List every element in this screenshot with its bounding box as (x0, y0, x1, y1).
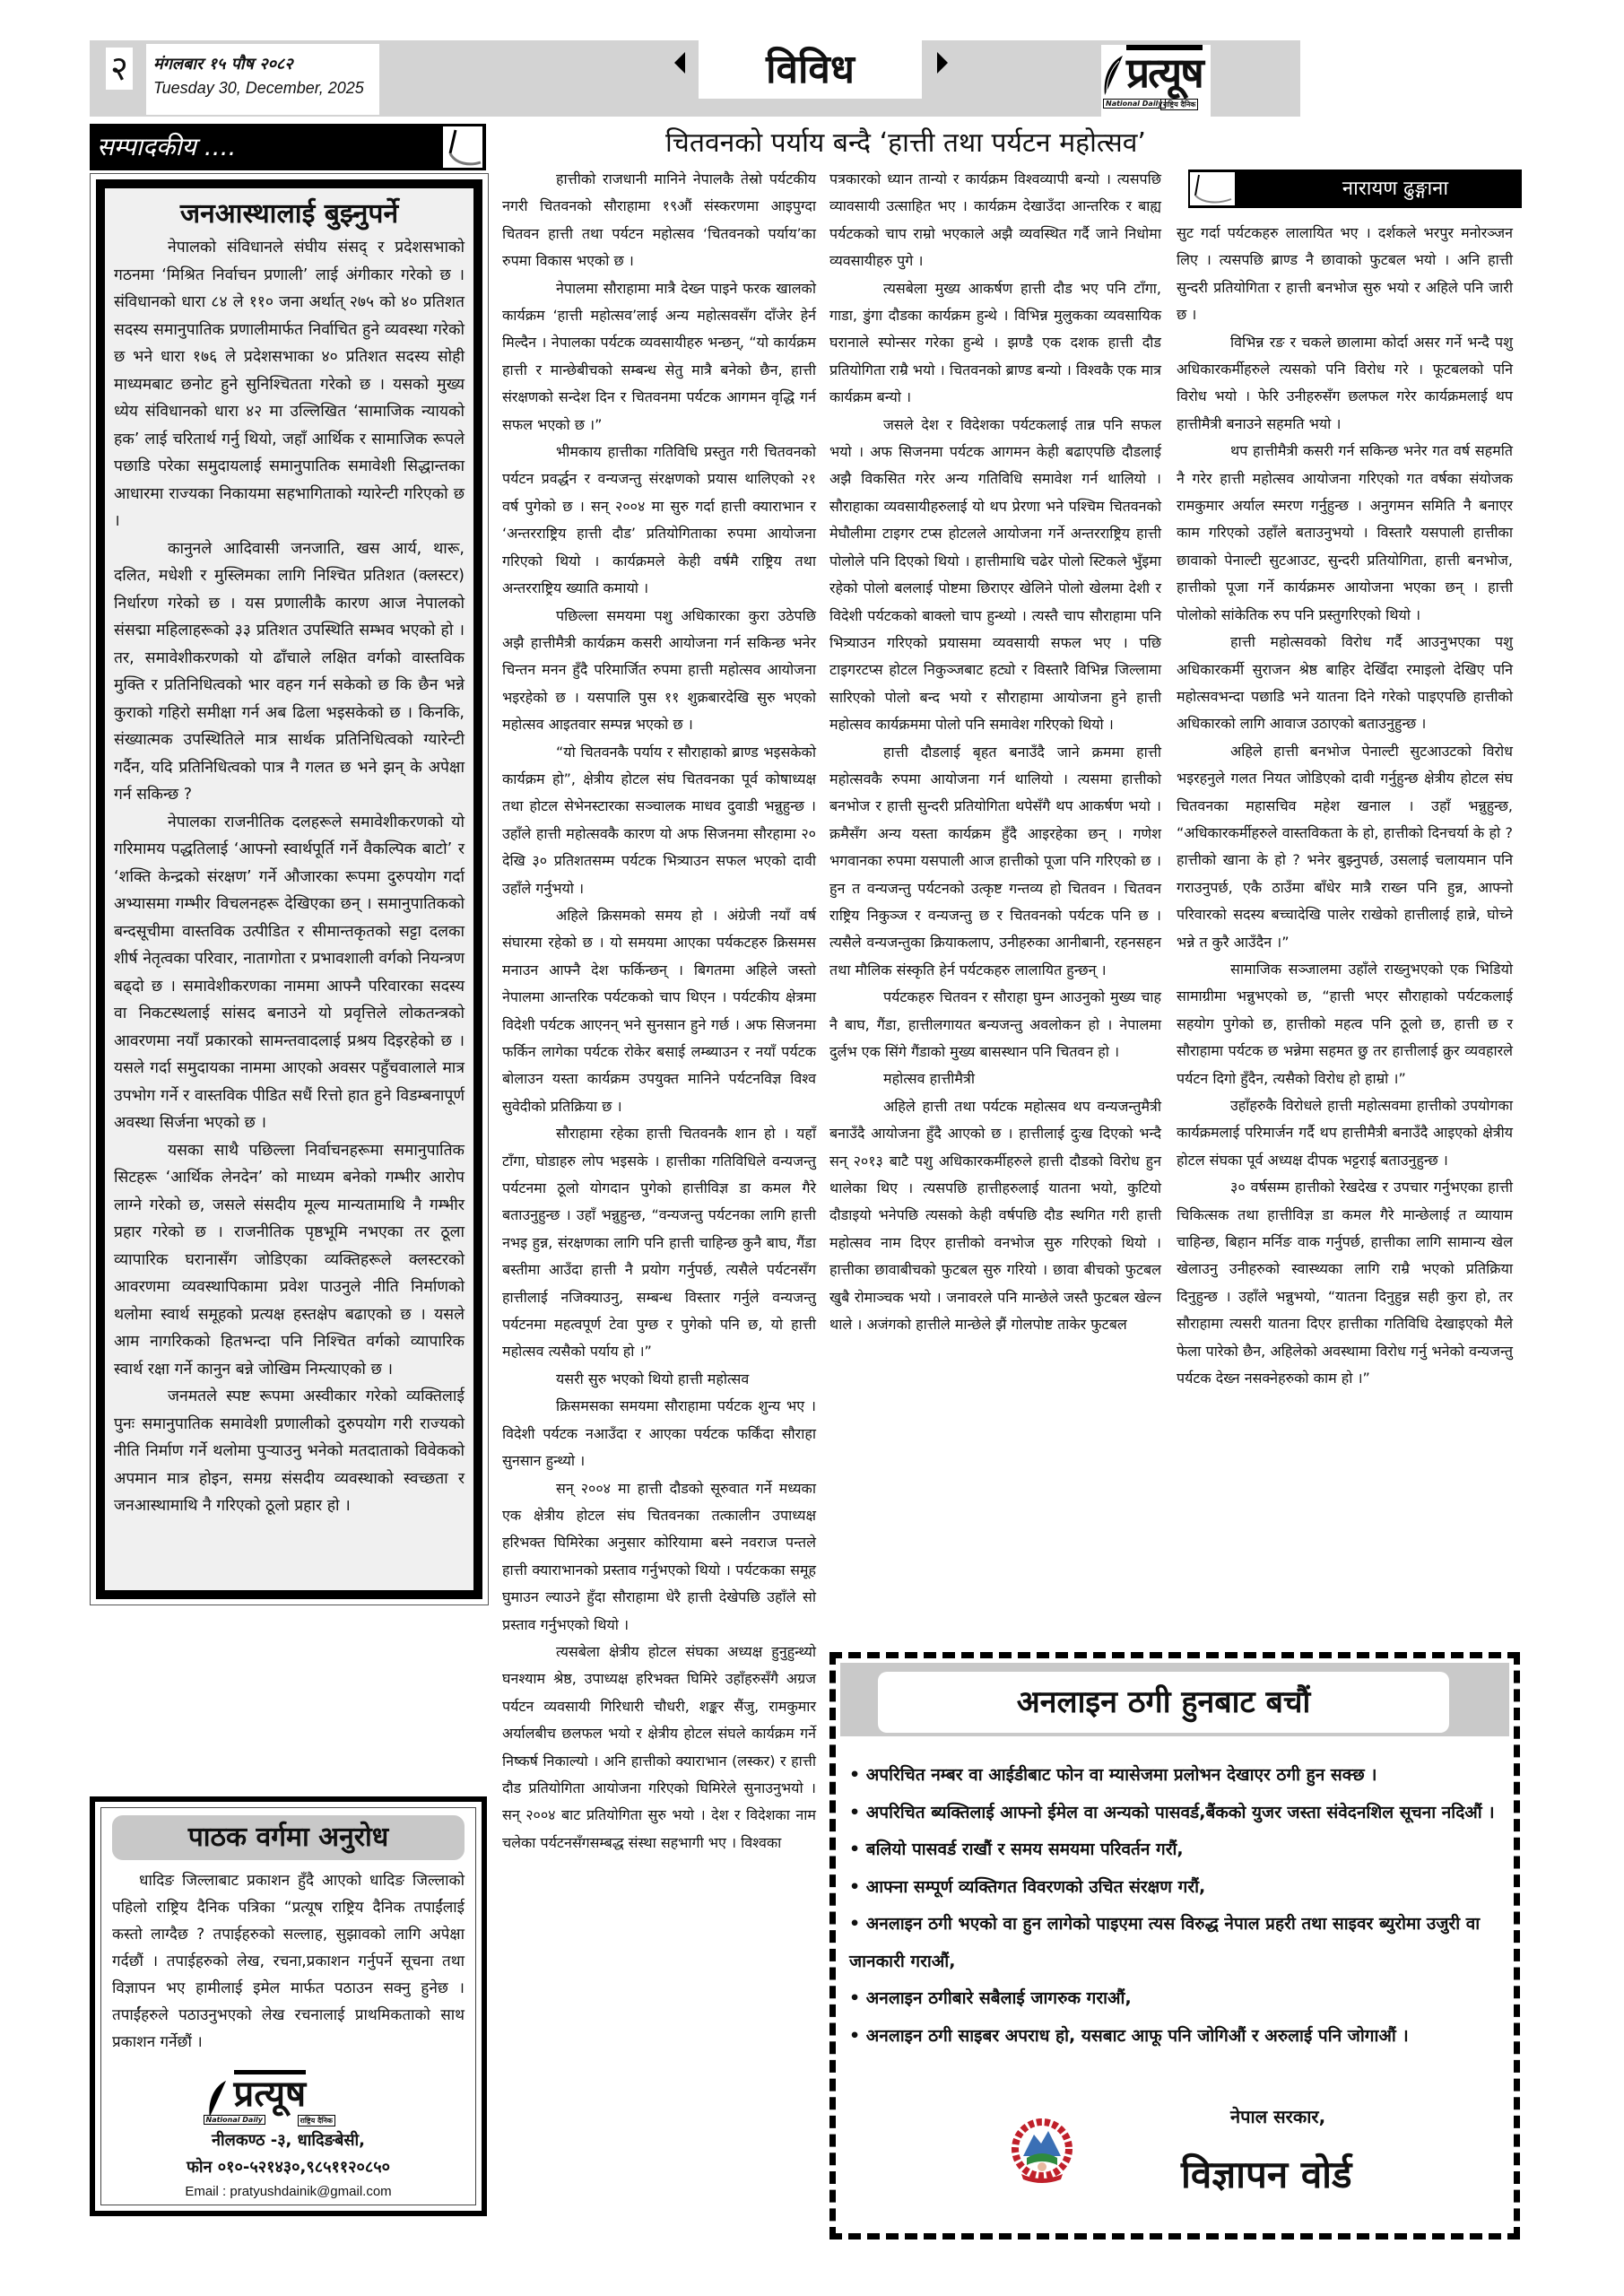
logo-tag-nepali: राष्ट्रिय दैनिक (1160, 99, 1198, 110)
ad-list-item: • आफ्ना सम्पूर्ण व्यक्तिगत विवरणको उचित … (849, 1869, 1496, 1907)
article-paragraph: विभिन्न रङ र चकले छालामा कोर्दा असर गर्न… (1177, 329, 1513, 439)
editorial-title: जनआस्थालाई बुझ्नुपर्ने (105, 194, 473, 230)
ad-list-item: • अनलाइन ठगीबारे सबैलाई जागरुक गराऔं, (849, 1980, 1496, 2018)
article-paragraph: भीमकाय हात्तीका गतिविधि प्रस्तुत गरी चित… (502, 439, 816, 602)
article-subheading: महोत्सव हात्तीमैत्री (829, 1065, 1161, 1092)
editorial-paragraph: यसका साथै पछिल्ला निर्वाचनहरूमा समानुपात… (114, 1137, 465, 1384)
ad-title: अनलाइन ठगी हुनबाट बचौं (878, 1672, 1449, 1733)
article-paragraph: थप हात्तीमैत्री कसरी गर्न सकिन्छ भनेर गत… (1177, 438, 1513, 629)
reader-request-box: पाठक वर्गमा अनुरोध धादिङ जिल्लाबाट प्रका… (90, 1796, 487, 2216)
article-paragraph: सौराहामा रहेका हात्ती चितवनकै शान हो । य… (502, 1120, 816, 1366)
article-paragraph: त्यसबेला मुख्य आकर्षण हात्ती दौड भए पनि … (829, 275, 1161, 412)
article-paragraph: ३० वर्षसम्म हात्तीको रेखदेख र उपचार गर्न… (1177, 1174, 1513, 1392)
editorial-box: जनआस्थालाई बुझ्नुपर्ने नेपालको संविधानले… (90, 173, 489, 1605)
pen-icon (1190, 172, 1235, 205)
article-paragraph: अहिले क्रिसमको समय हो । अंग्रेजी नयाँ वर… (502, 902, 816, 1120)
article-paragraph: उहाँहरुकै विरोधले हात्ती महोत्सवमा हात्त… (1177, 1092, 1513, 1174)
editorial-label: सम्पादकीय .... (97, 129, 236, 163)
logo-name: प्रत्यूष (234, 2070, 307, 2114)
editorial-header: सम्पादकीय .... (90, 124, 486, 170)
reader-request-title: पाठक वर्गमा अनुरोध (112, 1815, 465, 1860)
article-paragraph: पर्यटकहरु चितवन र सौराहा घुम्न आउनुको मु… (829, 984, 1161, 1065)
author-name: नारायण ढुङ्गाना (1269, 170, 1522, 208)
email-link[interactable]: Email : pratyushdainik@gmail.com (101, 2181, 475, 2203)
article-paragraph: सन् २००४ मा हात्ती दौडको सूरुवात गर्ने म… (502, 1475, 816, 1639)
feather-icon (1101, 54, 1125, 97)
article-paragraph: हात्ती दौडलाई बृहत बनाउँदै जाने क्रममा ह… (829, 739, 1161, 985)
logo-name: प्रत्यूष (1126, 45, 1203, 95)
ad-signature-line2: विज्ञापन वोर्ड (1181, 2148, 1352, 2199)
article-paragraph: हात्तीको राजधानी मानिने नेपालकै तेस्रो प… (502, 166, 816, 275)
logo-tag-english: National Daily (1103, 99, 1166, 109)
article-paragraph: क्रिसमसका समयमा सौराहामा पर्यटक शुन्य भए… (502, 1393, 816, 1474)
reader-request-text: धादिङ जिल्लाबाट प्रकाशन हुँदै आएको धादिङ… (112, 1867, 465, 2056)
pen-icon (443, 126, 482, 168)
date-english: Tuesday 30, December, 2025 (153, 76, 372, 100)
editorial-paragraph: जनमतले स्पष्ट रूपमा अस्वीकार गरेको व्यक्… (114, 1383, 465, 1520)
ad-list-item: • बलियो पासवर्ड राखौं र समय समयमा परिवर्… (849, 1831, 1496, 1869)
article-column-3: सुट गर्दा पर्यटकहरु लालायित भए । दर्शकले… (1177, 220, 1513, 1392)
article-paragraph: नेपालमा सौराहामा मात्रै देख्न पाइने फरक … (502, 275, 816, 439)
article-paragraph: सामाजिक सञ्जालमा उहाँले राख्नुभएको एक भि… (1177, 956, 1513, 1092)
editorial-paragraph: नेपालका राजनीतिक दलहरूले समावेशीकरणको यो… (114, 809, 465, 1137)
article-column-2: पत्रकारको ध्यान तान्यो र कार्यक्रम विश्व… (829, 166, 1161, 1338)
article-subheading: यसरी सुरु भएको थियो हात्ती महोत्सव (502, 1366, 816, 1393)
article-paragraph: सुट गर्दा पर्यटकहरु लालायित भए । दर्शकले… (1177, 220, 1513, 329)
article-paragraph: अहिले हात्ती बनभोज पेनाल्टी सुटआउटको विर… (1177, 738, 1513, 956)
ad-title-band: अनलाइन ठगी हुनबाट बचौं (840, 1663, 1509, 1736)
article-paragraph: पछिल्ला समयमा पशु अधिकारका कुरा उठेपछि अ… (502, 603, 816, 739)
reader-request-body: धादिङ जिल्लाबाट प्रकाशन हुँदै आएको धादिङ… (101, 1867, 475, 2056)
article-paragraph: हात्ती महोत्सवको विरोध गर्दै आउनुभएका पश… (1177, 629, 1513, 738)
nepal-emblem-icon (1011, 2113, 1073, 2185)
editorial-body: नेपालको संविधानले संघीय संसद् र प्रदेशसभ… (105, 234, 473, 1520)
ad-list-item: • अपरिचित नम्बर वा आईडीबाट फोन वा म्यासे… (849, 1757, 1496, 1795)
article-paragraph: त्यसबेला क्षेत्रीय होटल संघका अध्यक्ष हु… (502, 1639, 816, 1857)
ad-list-item: • अनलाइन ठगी साइबर अपराध हो, यसबाट आफू प… (849, 2018, 1496, 2056)
editorial-paragraph: कानुनले आदिवासी जनजाति, खस आर्य, थारू, द… (114, 535, 465, 809)
reader-request-logo: प्रत्यूष National Daily राष्ट्रिय दैनिक (204, 2075, 374, 2127)
article-paragraph: “यो चितवनकै पर्याय र सौराहाको ब्राण्ड भइ… (502, 739, 816, 902)
ad-signature-line1: नेपाल सरकार, (1230, 2104, 1325, 2128)
ad-list: • अपरिचित नम्बर वा आईडीबाट फोन वा म्यासे… (849, 1757, 1496, 2055)
article-column-1: हात्तीको राजधानी मानिने नेपालकै तेस्रो प… (502, 166, 816, 1857)
article-paragraph: जसले देश र विदेशका पर्यटकलाई तान्न पनि स… (829, 412, 1161, 739)
newspaper-logo: प्रत्यूष National Daily राष्ट्रिय दैनिक (1101, 45, 1211, 117)
date-nepali: मंगलबार १५ पौष २०८२ (153, 53, 372, 76)
logo-tag-nepali: राष्ट्रिय दैनिक (298, 2115, 335, 2126)
section-title: विविध (699, 40, 922, 99)
feather-icon (204, 2079, 230, 2118)
logo-tag-english: National Daily (204, 2115, 266, 2125)
page-number: २ (106, 48, 133, 90)
byline-box: नारायण ढुङ्गाना (1188, 170, 1522, 208)
article-paragraph: अहिले हात्ती तथा पर्यटक महोत्सव थप वन्यज… (829, 1093, 1161, 1339)
triangle-left-icon (674, 52, 685, 74)
ad-list-item: • अनलाइन ठगी भएको वा हुन लागेको पाइएमा त… (849, 1906, 1496, 1980)
article-paragraph: पत्रकारको ध्यान तान्यो र कार्यक्रम विश्व… (829, 166, 1161, 275)
date-box: मंगलबार १५ पौष २०८२ Tuesday 30, December… (146, 44, 379, 115)
article-headline: चितवनको पर्याय बन्दै ‘हात्ती तथा पर्यटन … (502, 126, 1309, 161)
phone: फोन ०१०-५२१४३०,९८५११२०८५० (101, 2154, 475, 2181)
editorial-paragraph: नेपालको संविधानले संघीय संसद् र प्रदेशसभ… (114, 234, 465, 535)
ad-list-item: • अपरिचित ब्यक्तिलाई आफ्नो ईमेल वा अन्यक… (849, 1795, 1496, 1832)
triangle-right-icon (937, 52, 948, 74)
advertisement-box: अनलाइन ठगी हुनबाट बचौं • अपरिचित नम्बर व… (829, 1652, 1520, 2239)
address: नीलकण्ठ -३, धादिङबेसी, (101, 2127, 475, 2154)
